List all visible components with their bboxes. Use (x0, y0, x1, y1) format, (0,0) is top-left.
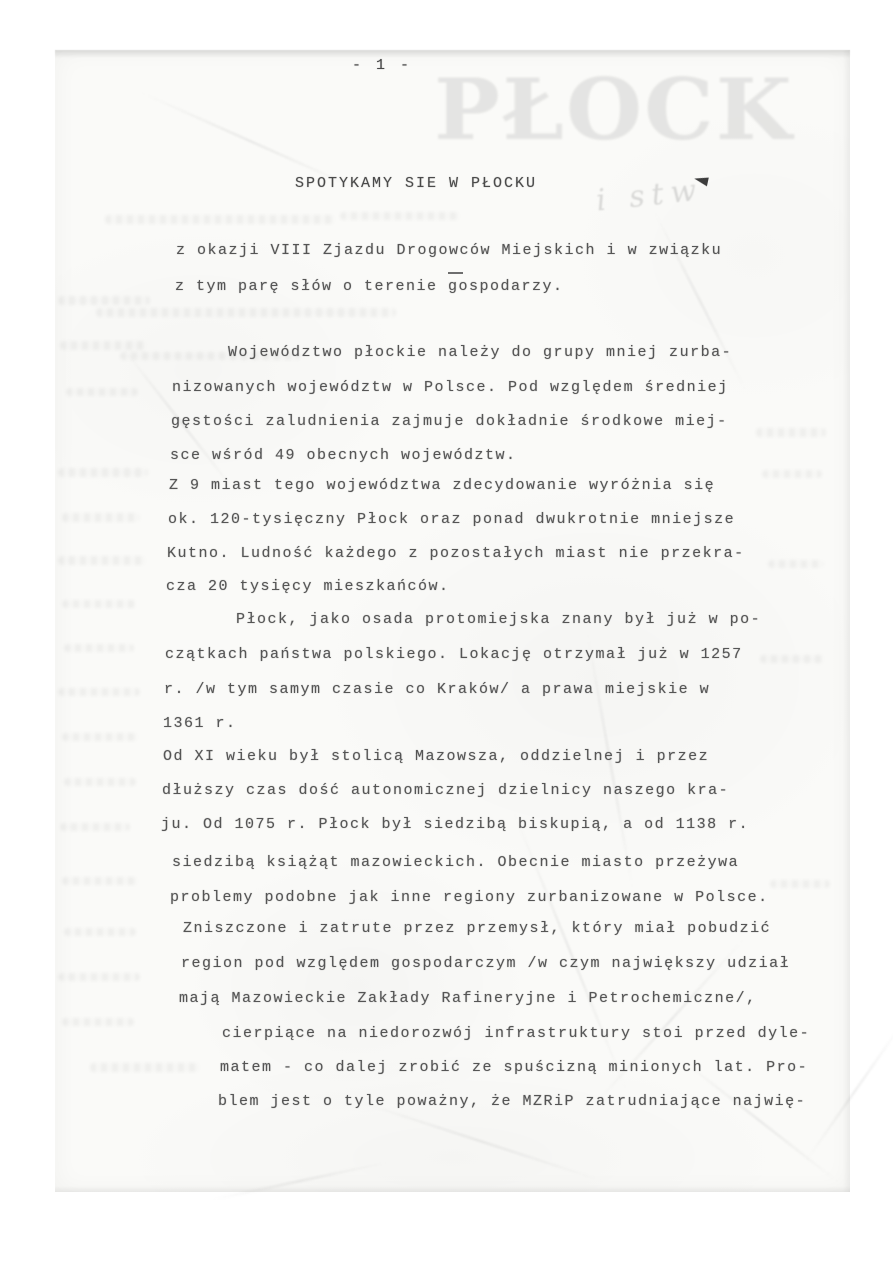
bleed-through-streak (66, 388, 138, 396)
text-line: czątkach państwa polskiego. Lokację otrz… (165, 647, 743, 662)
bleed-through-streak (62, 1018, 134, 1026)
text-line: sce wśród 49 obecnych województw. (170, 448, 517, 463)
text-line: Kutno. Ludność każdego z pozostałych mia… (167, 546, 745, 561)
bleed-through-streak (96, 308, 396, 317)
document-title: SPOTYKAMY SIE W PŁOCKU (295, 176, 537, 191)
text-line: Od XI wieku był stolicą Mazowsza, oddzie… (163, 749, 709, 764)
text-line: 1361 r. (163, 716, 237, 731)
bleed-through-streak (60, 341, 146, 350)
text-line: matem - co dalej zrobić ze spuścizną min… (220, 1060, 808, 1075)
bleed-through-streak (756, 428, 826, 437)
text-line: gęstości zaludnienia zajmuje dokładnie ś… (171, 414, 728, 429)
bleed-through-streak (62, 877, 138, 885)
bleed-through-streak (58, 296, 150, 305)
text-line: dłuższy czas dość autonomicznej dzielnic… (162, 783, 729, 798)
text-line: cierpiące na niedorozwój infrastruktury … (222, 1026, 810, 1041)
text-line: z tym parę słów o terenie gospodarzy. (175, 279, 564, 294)
text-line: r. /w tym samym czasie co Kraków/ a praw… (164, 682, 710, 697)
bleed-through-streak (64, 928, 136, 936)
bleed-through-streak (62, 600, 136, 608)
bleed-through-streak (58, 468, 148, 477)
bleed-through-streak (58, 973, 140, 981)
bleed-through-streak (760, 655, 824, 663)
text-line: mają Mazowieckie Zakłady Rafineryjne i P… (179, 991, 757, 1006)
bleed-through-watermark: PŁOCK (434, 68, 794, 152)
bleed-through-streak (770, 880, 830, 888)
scan-top-edge-shadow (55, 50, 850, 58)
overstrike-mark (448, 272, 463, 274)
text-line: Zniszczone i zatrute przez przemysł, któ… (183, 921, 771, 936)
bleed-through-streak (62, 513, 140, 522)
text-line: Województwo płockie należy do grupy mnie… (228, 345, 732, 360)
bleed-through-streak (58, 688, 140, 696)
text-line: Z 9 miast tego województwa zdecydowanie … (169, 478, 715, 493)
bleed-through-streak (90, 1063, 200, 1072)
page-number: - 1 - (352, 58, 412, 73)
bleed-through-streak (64, 778, 136, 786)
bleed-through-streak (105, 215, 335, 224)
text-line: nizowanych województw w Polsce. Pod wzgl… (172, 380, 729, 395)
bleed-through-streak (58, 556, 146, 565)
text-line: problemy podobne jak inne regiony zurban… (170, 890, 769, 905)
scan-canvas: { "document": { "page_number": "- 1 -", … (0, 0, 893, 1263)
text-line: blem jest o tyle poważny, że MZRiP zatru… (218, 1094, 806, 1109)
text-line: ok. 120-tysięczny Płock oraz ponad dwukr… (168, 512, 735, 527)
bleed-through-streak (62, 733, 138, 741)
bleed-through-streak (768, 560, 824, 568)
text-line: cza 20 tysięcy mieszkańców. (166, 579, 450, 594)
text-line: Płock, jako osada protomiejska znany był… (236, 612, 761, 627)
text-line: siedzibą książąt mazowieckich. Obecnie m… (172, 855, 739, 870)
scan-bottom-edge-shadow (55, 1186, 850, 1192)
bleed-through-streak (60, 823, 130, 831)
text-line: z okazji VIII Zjazdu Drogowców Miejskich… (176, 243, 722, 258)
text-line: region pod względem gospodarczym /w czym… (181, 956, 790, 971)
scan-right-edge-shadow (843, 50, 850, 1192)
bleed-through-streak (340, 212, 460, 220)
bleed-through-streak (762, 470, 822, 478)
text-line: ju. Od 1075 r. Płock był siedzibą biskup… (161, 817, 749, 832)
bleed-through-streak (64, 644, 134, 652)
